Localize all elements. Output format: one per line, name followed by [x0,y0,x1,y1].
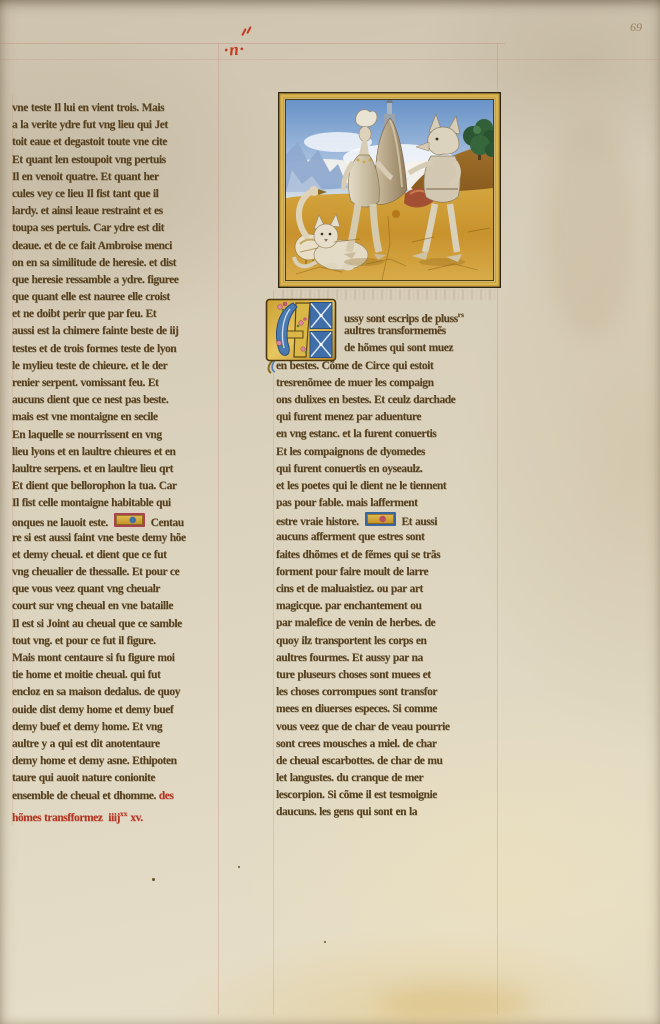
left-text-column: vne teste Il lui en vient trois. Maisa l… [12,100,226,822]
manuscript-line: En laquelle se nourrissent en vng [12,427,226,444]
paragraph-mark [114,513,145,527]
manuscript-line: quoy ilz transportent les corps en [276,633,504,650]
manuscript-line: qui furent conuertis en oyseaulz. [276,461,504,478]
manuscript-line: estre vraie histore. Et aussi [276,512,504,529]
manuscript-line: lardy. et ainsi leaue restraint et es [12,203,226,220]
manuscript-line: hõmes transfformez iiijxx xv. [12,805,226,822]
manuscript-line: re si est aussi faint vne beste demy hõe [12,530,226,547]
manuscript-line: par malefice de venin de herbes. de [276,615,504,632]
manuscript-line: daucuns. les gens qui sont en la [276,804,504,821]
manuscript-line: aussi est la chimere fainte beste de iij [12,323,226,340]
manuscript-line: que vous veez quant vng cheualr [12,581,226,598]
stain [380,985,530,1021]
manuscript-line: Et les compaignons de dyomedes [276,444,504,461]
manuscript-line: mais est vne montaigne en secile [12,409,226,426]
manuscript-line: a la verite ydre fut vng lieu qui Jet [12,117,226,134]
manuscript-line: ussy sont escrips de plussrs [276,306,504,323]
manuscript-line: toit eaue et degastoit toute vne cite [12,134,226,151]
quire-tick [246,26,251,34]
manuscript-line: mees en diuerses especes. Si comme [276,701,504,718]
manuscript-line: aucuns dient que ce nest pas beste. [12,392,226,409]
manuscript-line: lieu lyons et en laultre chieures et en [12,444,226,461]
right-text-column: ussy sont escrips de plussrsaultres tran… [276,306,504,822]
manuscript-line: ture pluseurs choses sont muees et [276,667,504,684]
ruling-line-horizontal [0,43,505,44]
manuscript-line: lescorpion. Si cõme il est tesmoignie [276,787,504,804]
manuscript-line: Il est si Joint au cheual que ce samble [12,616,226,633]
manuscript-line: aultres transformemẽs [276,323,504,340]
ink-speck [324,941,326,943]
manuscript-line: deaue. et de ce fait Ambroise menci [12,238,226,255]
manuscript-line: pas pour fable. mais lafferment [276,495,504,512]
manuscript-line: onques ne lauoit este. Centau [12,513,226,530]
manuscript-line: taure qui auoit nature conionite [12,770,226,787]
manuscript-line: demy home et demy asne. Ethipoten [12,753,226,770]
manuscript-line: forment pour faire moult de larre [276,564,504,581]
manuscript-line: Et dient que bellorophon la tua. Car [12,478,226,495]
manuscript-line: on en sa similitude de heresie. et dist [12,255,226,272]
manuscript-line: tie home et moitie cheual. qui fut [12,667,226,684]
ink-speck [152,878,155,881]
manuscript-line: cins et de maluaistiez. ou par art [276,581,504,598]
ruling-line-vertical [273,290,274,1015]
manuscript-line: vous veez que de char de veau pourrie [276,719,504,736]
paragraph-mark [365,512,396,526]
manuscript-line: faites dhõmes et de fẽmes qui se trãs [276,547,504,564]
manuscript-line: ensemble de cheual et dhomme. des [12,788,226,805]
manuscript-line: cules vey ce lieu Il fist tant que il [12,186,226,203]
manuscript-page: ·n· 69 [0,0,660,1024]
ruling-line-horizontal [0,59,660,60]
manuscript-line: Et quant len estoupoit vng pertuis [12,152,226,169]
ball [392,210,400,218]
manuscript-line: qui furent menez par aduenture [276,409,504,426]
ink-speck [238,866,240,868]
manuscript-line: renier serpent. vomissant feu. Et [12,375,226,392]
manuscript-line: en vng estanc. et la furent conuertis [276,426,504,443]
manuscript-line: ouide dist demy home et demy buef [12,702,226,719]
manuscript-line: toupa ses pertuis. Car ydre est dit [12,220,226,237]
manuscript-line: aucuns afferment que estres sont [276,529,504,546]
manuscript-line: demy buef et demy home. Et vng [12,719,226,736]
manuscript-line: tout vng. et pour ce fut il figure. [12,633,226,650]
manuscript-line: que quant elle est nauree elle croist [12,289,226,306]
manuscript-line: en bestes. Cõme de Circe qui estoit [276,358,504,375]
manuscript-line: les choses corrompues sont transfor [276,684,504,701]
miniature-painting [278,92,501,288]
manuscript-line: encloz en sa maison dedalus. de quoy [12,684,226,701]
manuscript-line: et les poetes qui le dient ne le tiennen… [276,478,504,495]
manuscript-line: magicque. par enchantement ou [276,598,504,615]
manuscript-line: aultre y a qui est dit anotentaure [12,736,226,753]
manuscript-line: laultre serpens. et en laultre lieu qrt [12,461,226,478]
manuscript-line: aultres fourmes. Et aussy par na [276,650,504,667]
stain [545,120,635,340]
manuscript-line: vne teste Il lui en vient trois. Mais [12,100,226,117]
manuscript-line: vng cheualier de thessalle. Et pour ce [12,564,226,581]
manuscript-line: de hõmes qui sont muez [276,340,504,357]
manuscript-line: Mais mont centaure si fu figure moi [12,650,226,667]
manuscript-line: let langustes. du cranque de mer [276,770,504,787]
folio-number: 69 [630,20,642,35]
manuscript-line: et demy cheual. et dient que ce fut [12,547,226,564]
quire-mark: ·n· [223,39,245,60]
manuscript-line: que heresie ressamble a ydre. figuree [12,272,226,289]
manuscript-line: le mylieu teste de chieure. et le der [12,358,226,375]
manuscript-line: et ne doibt perir que par feu. Et [12,306,226,323]
manuscript-line: Il fist celle montaigne habitable qui [12,495,226,512]
manuscript-line: sont crees mousches a miel. de char [276,736,504,753]
manuscript-line: court sur vng cheual en vne bataille [12,598,226,615]
manuscript-line: ons dulixes en bestes. Et ceulz darchade [276,392,504,409]
manuscript-line: tresrenõmee de muer les compaign [276,375,504,392]
manuscript-line: Il en venoit quatre. Et quant her [12,169,226,186]
manuscript-line: de cheual escarbottes. de char de mu [276,753,504,770]
manuscript-line: testes et de trois formes teste de lyon [12,341,226,358]
